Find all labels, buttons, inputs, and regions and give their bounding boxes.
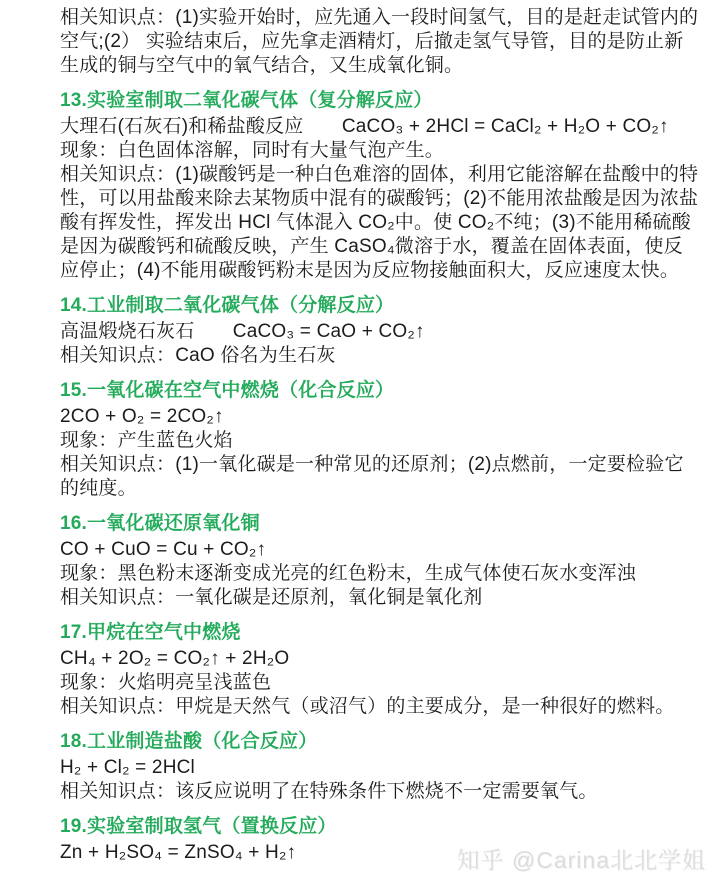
section-13-notes-line: 相关知识点：(1)碳酸钙是一种白色难溶的固体，利用它能溶解在盐酸中的特性，可以用… (60, 163, 700, 283)
section-18-notes-line: 相关知识点：该反应说明了在特殊条件下燃烧不一定需要氧气。 (60, 780, 700, 804)
notes-content: 相关知识点：(1)实验开始时，应先通入一段时间氢气，目的是赶走试管内的空气;(2… (60, 6, 700, 865)
section-15-heading: 15.一氧化碳在空气中燃烧（化合反应） (60, 379, 700, 403)
section-14-notes-line: 相关知识点：CaO 俗名为生石灰 (60, 344, 700, 368)
intro-notes: 相关知识点：(1)实验开始时，应先通入一段时间氢气，目的是赶走试管内的空气;(2… (60, 6, 700, 78)
section-15-phenomenon-line: 现象：产生蓝色火焰 (60, 429, 700, 453)
section-16-equation-line: CO + CuO = Cu + CO₂↑ (60, 538, 700, 562)
section-19-equation-line: Zn + H₂SO₄ = ZnSO₄ + H₂↑ (60, 841, 700, 865)
section-14-equation-line: 高温煅烧石灰石 CaCO₃ = CaO + CO₂↑ (60, 320, 700, 344)
section-18-heading: 18.工业制造盐酸（化合反应） (60, 730, 700, 754)
section-16: 16.一氧化碳还原氧化铜 CO + CuO = Cu + CO₂↑ 现象：黑色粉… (60, 512, 700, 610)
section-14: 14.工业制取二氧化碳气体（分解反应） 高温煅烧石灰石 CaCO₃ = CaO … (60, 294, 700, 368)
section-17-notes-line: 相关知识点：甲烷是天然气（或沼气）的主要成分，是一种很好的燃料。 (60, 695, 700, 719)
section-15-equation-line: 2CO + O₂ = 2CO₂↑ (60, 405, 700, 429)
section-15-notes-line: 相关知识点：(1)一氧化碳是一种常见的还原剂；(2)点燃前，一定要检验它的纯度。 (60, 453, 700, 501)
section-17-phenomenon-line: 现象：火焰明亮呈浅蓝色 (60, 671, 700, 695)
section-19-heading: 19.实验室制取氢气（置换反应） (60, 815, 700, 839)
section-13-equation-line: 大理石(石灰石)和稀盐酸反应 CaCO₃ + 2HCl = CaCl₂ + H₂… (60, 115, 700, 139)
section-15: 15.一氧化碳在空气中燃烧（化合反应） 2CO + O₂ = 2CO₂↑ 现象：… (60, 379, 700, 501)
section-17-equation-line: CH₄ + 2O₂ = CO₂↑ + 2H₂O (60, 647, 700, 671)
notes-page: 相关知识点：(1)实验开始时，应先通入一段时间氢气，目的是赶走试管内的空气;(2… (0, 0, 720, 889)
section-18-equation-line: H₂ + Cl₂ = 2HCl (60, 756, 700, 780)
section-14-heading: 14.工业制取二氧化碳气体（分解反应） (60, 294, 700, 318)
section-13: 13.实验室制取二氧化碳气体（复分解反应） 大理石(石灰石)和稀盐酸反应 CaC… (60, 89, 700, 283)
section-18: 18.工业制造盐酸（化合反应） H₂ + Cl₂ = 2HCl 相关知识点：该反… (60, 730, 700, 804)
section-19: 19.实验室制取氢气（置换反应） Zn + H₂SO₄ = ZnSO₄ + H₂… (60, 815, 700, 865)
section-17: 17.甲烷在空气中燃烧 CH₄ + 2O₂ = CO₂↑ + 2H₂O 现象：火… (60, 621, 700, 719)
section-13-phenomenon-line: 现象：白色固体溶解，同时有大量气泡产生。 (60, 139, 700, 163)
section-16-heading: 16.一氧化碳还原氧化铜 (60, 512, 700, 536)
section-17-heading: 17.甲烷在空气中燃烧 (60, 621, 700, 645)
section-16-phenomenon-line: 现象：黑色粉末逐渐变成光亮的红色粉末，生成气体使石灰水变浑浊 (60, 562, 700, 586)
section-13-heading: 13.实验室制取二氧化碳气体（复分解反应） (60, 89, 700, 113)
section-16-notes-line: 相关知识点：一氧化碳是还原剂，氧化铜是氧化剂 (60, 586, 700, 610)
